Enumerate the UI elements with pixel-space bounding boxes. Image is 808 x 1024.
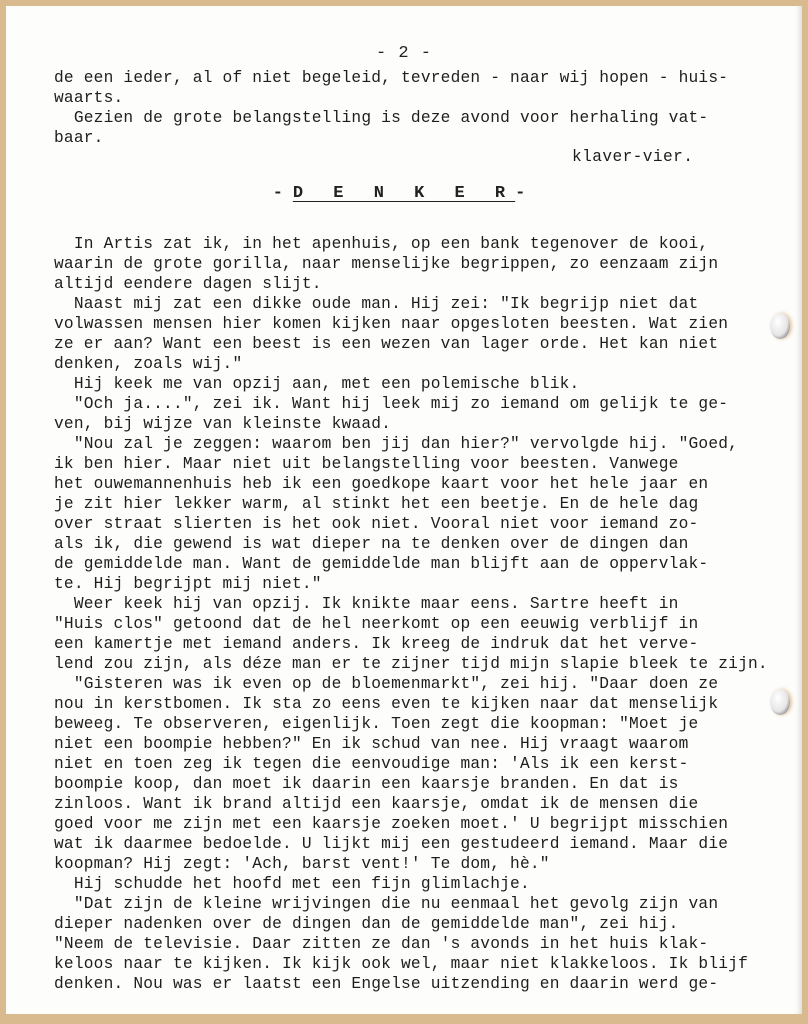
text-line: "Huis clos" getoond dat de hel neerkomt …: [54, 614, 794, 634]
text-line: In Artis zat ik, in het apenhuis, op een…: [54, 234, 794, 254]
binder-hole-icon: [770, 313, 790, 339]
text-line: de gemiddelde man. Want de gemiddelde ma…: [54, 554, 794, 574]
text-line: je zit hier lekker warm, al stinkt het e…: [54, 494, 794, 514]
text-line: "Neem de televisie. Daar zitten ze dan '…: [54, 934, 794, 954]
text-line: Hij keek me van opzij aan, met een polem…: [54, 374, 794, 394]
article-heading: -D E N K E R-: [6, 184, 802, 203]
text-line: keloos naar te kijken. Ik kijk ook wel, …: [54, 954, 794, 974]
intro-paragraph: de een ieder, al of niet begeleid, tevre…: [54, 68, 794, 148]
text-line: "Gisteren was ik even op de bloemenmarkt…: [54, 674, 794, 694]
text-line: boompie koop, dan moet ik daarin een kaa…: [54, 774, 794, 794]
text-line: beweeg. Te observeren, eigenlijk. Toen z…: [54, 714, 794, 734]
text-line: Hij schudde het hoofd met een fijn gliml…: [54, 874, 794, 894]
signature: klaver-vier.: [572, 148, 693, 166]
text-line: ze er aan? Want een beest is een wezen v…: [54, 334, 794, 354]
text-line: wat ik daarmee bedoelde. U lijkt mij een…: [54, 834, 794, 854]
heading-suffix: -: [515, 184, 535, 203]
text-line: denken. Nou was er laatst een Engelse ui…: [54, 974, 794, 994]
text-line: denken, zoals wij.": [54, 354, 794, 374]
text-line: ven, bij wijze van kleinste kwaad.: [54, 414, 794, 434]
text-line: ik ben hier. Maar niet uit belangstellin…: [54, 454, 794, 474]
text-line: volwassen mensen hier komen kijken naar …: [54, 314, 794, 334]
text-line: het ouwemannenhuis heb ik een goedkope k…: [54, 474, 794, 494]
text-line: waarts.: [54, 88, 794, 108]
binder-hole-icon: [770, 689, 790, 715]
text-line: Naast mij zat een dikke oude man. Hij ze…: [54, 294, 794, 314]
text-line: koopman? Hij zegt: 'Ach, barst vent!' Te…: [54, 854, 794, 874]
heading-title: D E N K E R: [293, 184, 515, 203]
text-line: baar.: [54, 128, 794, 148]
text-line: een kamertje met iemand anders. Ik kreeg…: [54, 634, 794, 654]
text-line: dieper nadenken over de dingen dan de ge…: [54, 914, 794, 934]
text-line: "Nou zal je zeggen: waarom ben jij dan h…: [54, 434, 794, 454]
text-line: "Och ja....", zei ik. Want hij leek mij …: [54, 394, 794, 414]
text-line: te. Hij begrijpt mij niet.": [54, 574, 794, 594]
text-line: Gezien de grote belangstelling is deze a…: [54, 108, 794, 128]
heading-prefix: -: [273, 184, 293, 203]
article-body: In Artis zat ik, in het apenhuis, op een…: [54, 234, 794, 994]
text-line: Weer keek hij van opzij. Ik knikte maar …: [54, 594, 794, 614]
text-line: lend zou zijn, als déze man er te zijner…: [54, 654, 794, 674]
text-line: altijd eendere dagen slijt.: [54, 274, 794, 294]
text-line: niet en toen zeg ik tegen die eenvoudige…: [54, 754, 794, 774]
page-number: - 2 -: [6, 44, 802, 63]
text-line: "Dat zijn de kleine wrijvingen die nu ee…: [54, 894, 794, 914]
text-line: over straat slierten is het ook niet. Vo…: [54, 514, 794, 534]
text-line: zinloos. Want ik brand altijd een kaarsj…: [54, 794, 794, 814]
text-line: goed voor me zijn met een kaarsje zoeken…: [54, 814, 794, 834]
text-line: niet een boompie hebben?" En ik schud va…: [54, 734, 794, 754]
document-page: - 2 - de een ieder, al of niet begeleid,…: [6, 6, 802, 1014]
text-line: nou in kerstbomen. Ik sta zo eens even t…: [54, 694, 794, 714]
text-line: waarin de grote gorilla, naar menselijke…: [54, 254, 794, 274]
text-line: de een ieder, al of niet begeleid, tevre…: [54, 68, 794, 88]
text-line: als ik, die gewend is wat dieper na te d…: [54, 534, 794, 554]
